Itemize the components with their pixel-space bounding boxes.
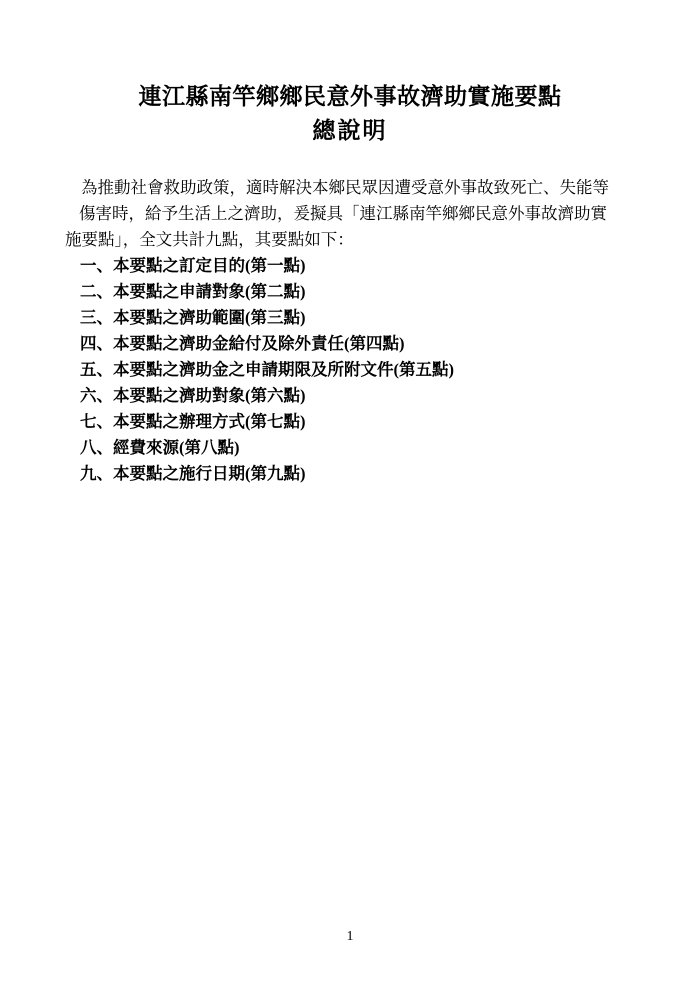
paragraph-line: 施要點」，全文共計九點，其要點如下： xyxy=(0,227,700,253)
title-block: 連江縣南竿鄉鄉民意外事故濟助實施要點 總說明 xyxy=(0,80,700,148)
document-title: 連江縣南竿鄉鄉民意外事故濟助實施要點 xyxy=(0,80,700,114)
list-item-8: 八、經費來源(第八點) xyxy=(0,435,700,461)
paragraph-line: 傷害時，給予生活上之濟助，爰擬具「連江縣南竿鄉鄉民意外事故濟助實 xyxy=(0,201,700,227)
list-item-9: 九、本要點之施行日期(第九點) xyxy=(0,461,700,487)
paragraph-line: 為推動社會救助政策，適時解決本鄉民眾因遭受意外事故致死亡、失能等 xyxy=(0,175,700,201)
list-item-4: 四、本要點之濟助金給付及除外責任(第四點) xyxy=(0,331,700,357)
document-subtitle: 總說明 xyxy=(0,114,700,148)
list-item-1: 一、本要點之訂定目的(第一點) xyxy=(0,253,700,279)
document-body: 為推動社會救助政策，適時解決本鄉民眾因遭受意外事故致死亡、失能等 傷害時，給予生… xyxy=(0,175,700,487)
list-item-7: 七、本要點之辦理方式(第七點) xyxy=(0,409,700,435)
page-number: 1 xyxy=(0,928,700,946)
list-item-5: 五、本要點之濟助金之申請期限及所附文件(第五點) xyxy=(0,357,700,383)
list-item-6: 六、本要點之濟助對象(第六點) xyxy=(0,383,700,409)
document-page: 連江縣南竿鄉鄉民意外事故濟助實施要點 總說明 為推動社會救助政策，適時解決本鄉民… xyxy=(0,0,700,990)
list-item-2: 二、本要點之申請對象(第二點) xyxy=(0,279,700,305)
list-item-3: 三、本要點之濟助範圍(第三點) xyxy=(0,305,700,331)
